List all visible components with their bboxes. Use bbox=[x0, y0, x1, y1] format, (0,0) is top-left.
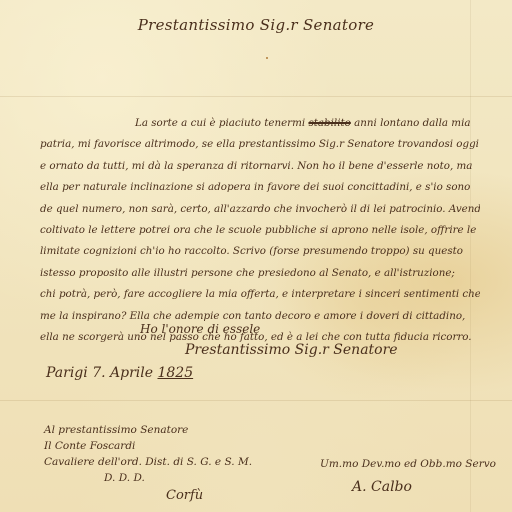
place: Parigi bbox=[46, 365, 88, 381]
signoff: Um.mo Dev.mo ed Obb.mo Servo bbox=[320, 458, 496, 470]
address-line: Il Conte Foscardi bbox=[44, 438, 252, 454]
body-line: coltivato le lettere potrei ora che le s… bbox=[40, 220, 480, 241]
ink-spot bbox=[266, 57, 268, 59]
body-line: de quel numero, non sarà, certo, all'azz… bbox=[40, 199, 480, 220]
paper-fold-line bbox=[0, 400, 512, 401]
place-date: Parigi 7. Aprile 1825 bbox=[46, 365, 193, 381]
body-line: e ornato da tutti, mi dà la speranza di … bbox=[40, 156, 480, 177]
signature: A. Calbo bbox=[352, 479, 412, 495]
struck-word: stabilito bbox=[308, 117, 350, 129]
month: Aprile bbox=[110, 365, 153, 381]
paper-fold-line bbox=[0, 96, 512, 97]
body-line: La sorte a cui è piaciuto tenermi stabil… bbox=[40, 113, 480, 134]
letter-body: La sorte a cui è piaciuto tenermi stabil… bbox=[40, 113, 480, 348]
closing-formula: Ho l'onore di essele bbox=[140, 322, 260, 336]
body-line: limitate cognizioni ch'io ho raccolto. S… bbox=[40, 241, 480, 262]
address-line: Al prestantissimo Senatore bbox=[44, 422, 252, 438]
address-line: Cavaliere dell'ord. Dist. di S. G. e S. … bbox=[44, 454, 252, 470]
recipient-address: Al prestantissimo Senatore Il Conte Fosc… bbox=[44, 422, 252, 504]
body-line: istesso proposito alle illustri persone … bbox=[40, 263, 480, 284]
year: 1825 bbox=[157, 365, 193, 381]
letter-page: Prestantissimo Sig.r Senatore La sorte a… bbox=[0, 0, 512, 512]
address-line: D. D. D. bbox=[44, 470, 252, 486]
day: 7. bbox=[92, 365, 105, 381]
body-line: ella per naturale inclinazione si adoper… bbox=[40, 177, 480, 198]
salutation-heading: Prestantissimo Sig.r Senatore bbox=[0, 16, 512, 34]
body-line: chi potrà, però, fare accogliere la mia … bbox=[40, 284, 480, 305]
closing-salutation: Prestantissimo Sig.r Senatore bbox=[185, 342, 398, 358]
body-line: patria, mi favorisce altrimodo, se ella … bbox=[40, 134, 480, 155]
address-city: Corfù bbox=[44, 488, 252, 504]
